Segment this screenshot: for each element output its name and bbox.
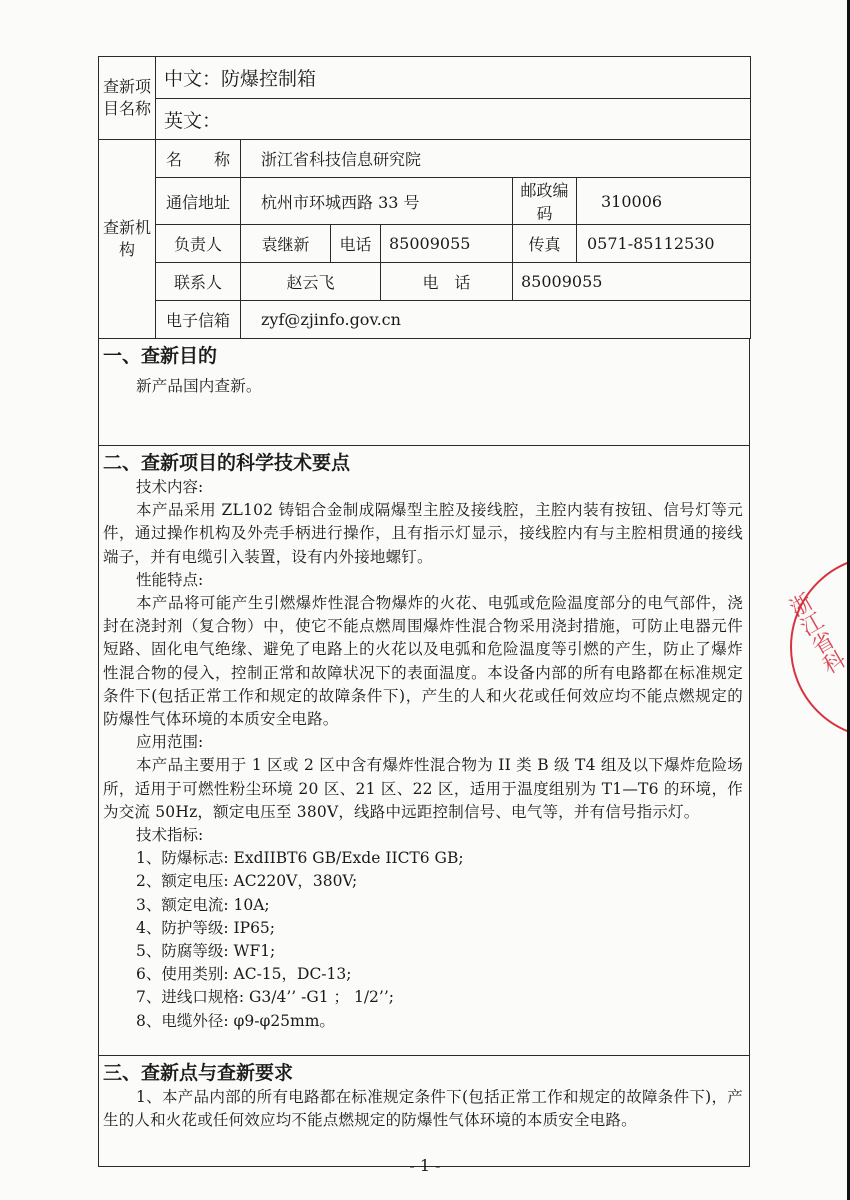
agency-name-label: 名 称: [156, 140, 241, 178]
fax-value: 0571-85112530: [577, 225, 751, 263]
agency-label: 查新机构: [99, 140, 156, 339]
address-label: 通信地址: [156, 178, 241, 225]
section-key-points-heading: 二、查新项目的科学技术要点: [99, 446, 749, 476]
spec-item: 6、使用类别: AC-15，DC-13;: [99, 963, 749, 986]
spec-item: 3、额定电流: 10A;: [99, 894, 749, 917]
address-value: 杭州市环城西路 33 号: [241, 178, 513, 225]
page-number: - 1 -: [0, 1156, 850, 1175]
spec-item: 7、进线口规格: G3/4’’ -G1 ； 1/2’’;: [99, 986, 749, 1009]
section-novelty-body: 1、本产品内部的所有电路都在标准规定条件下(包括正常工作和规定的故障条件下)，产…: [99, 1086, 749, 1132]
info-table: 查新项目名称 中文：防爆控制箱 英文： 查新机构 名 称 浙江省科技信息研究院 …: [98, 56, 751, 339]
project-name-english: 英文：: [156, 99, 751, 140]
project-name-chinese: 中文：防爆控制箱: [156, 57, 751, 99]
contact-value: 赵云飞: [241, 263, 381, 301]
application-label: 应用范围:: [99, 731, 749, 754]
spec-item: 2、额定电压: AC220V，380V;: [99, 870, 749, 893]
contact-phone-label: 电 话: [381, 263, 513, 301]
email-label: 电子信箱: [156, 301, 241, 339]
contact-label: 联系人: [156, 263, 241, 301]
fax-label: 传真: [513, 225, 577, 263]
agency-name: 浙江省科技信息研究院: [241, 140, 751, 178]
section-novelty-points: 三、查新点与查新要求 1、本产品内部的所有电路都在标准规定条件下(包括正常工作和…: [98, 1056, 750, 1167]
section-novelty-heading: 三、查新点与查新要求: [99, 1056, 749, 1086]
contact-phone-value: 85009055: [513, 263, 751, 301]
tech-content-body: 本产品采用 ZL102 铸铝合金制成隔爆型主腔及接线腔，主腔内装有按钮、信号灯等…: [99, 499, 749, 569]
spec-item: 5、防腐等级: WF1;: [99, 940, 749, 963]
postcode-label: 邮政编码: [513, 178, 577, 225]
principal-value: 袁继新: [241, 225, 331, 263]
principal-phone-label: 电话: [331, 225, 381, 263]
application-body: 本产品主要用于 1 区或 2 区中含有爆炸性混合物为 II 类 B 级 T4 组…: [99, 754, 749, 824]
performance-label: 性能特点:: [99, 569, 749, 592]
section-purpose: 一、查新目的 新产品国内查新。: [98, 339, 750, 446]
performance-body: 本产品将可能产生引燃爆炸性混合物爆炸的火花、电弧或危险温度部分的电气部件，浇封在…: [99, 592, 749, 731]
section-purpose-body: 新产品国内查新。: [99, 375, 749, 398]
project-name-label: 查新项目名称: [99, 57, 156, 140]
principal-phone-value: 85009055: [381, 225, 513, 263]
spec-item: 1、防爆标志: ExdIIBT6 GB/Exde IICT6 GB;: [99, 847, 749, 870]
tech-content-label: 技术内容:: [99, 476, 749, 499]
section-purpose-heading: 一、查新目的: [99, 339, 749, 369]
spec-label: 技术指标:: [99, 824, 749, 847]
document-page: 查新项目名称 中文：防爆控制箱 英文： 查新机构 名 称 浙江省科技信息研究院 …: [98, 56, 750, 1167]
section-key-points: 二、查新项目的科学技术要点 技术内容: 本产品采用 ZL102 铸铝合金制成隔爆…: [98, 446, 750, 1056]
postcode-value: 310006: [577, 178, 751, 225]
spec-item: 4、防护等级: IP65;: [99, 917, 749, 940]
principal-label: 负责人: [156, 225, 241, 263]
email-value: zyf@zjinfo.gov.cn: [241, 301, 751, 339]
spec-item: 8、电缆外径: φ9-φ25mm。: [99, 1010, 749, 1033]
